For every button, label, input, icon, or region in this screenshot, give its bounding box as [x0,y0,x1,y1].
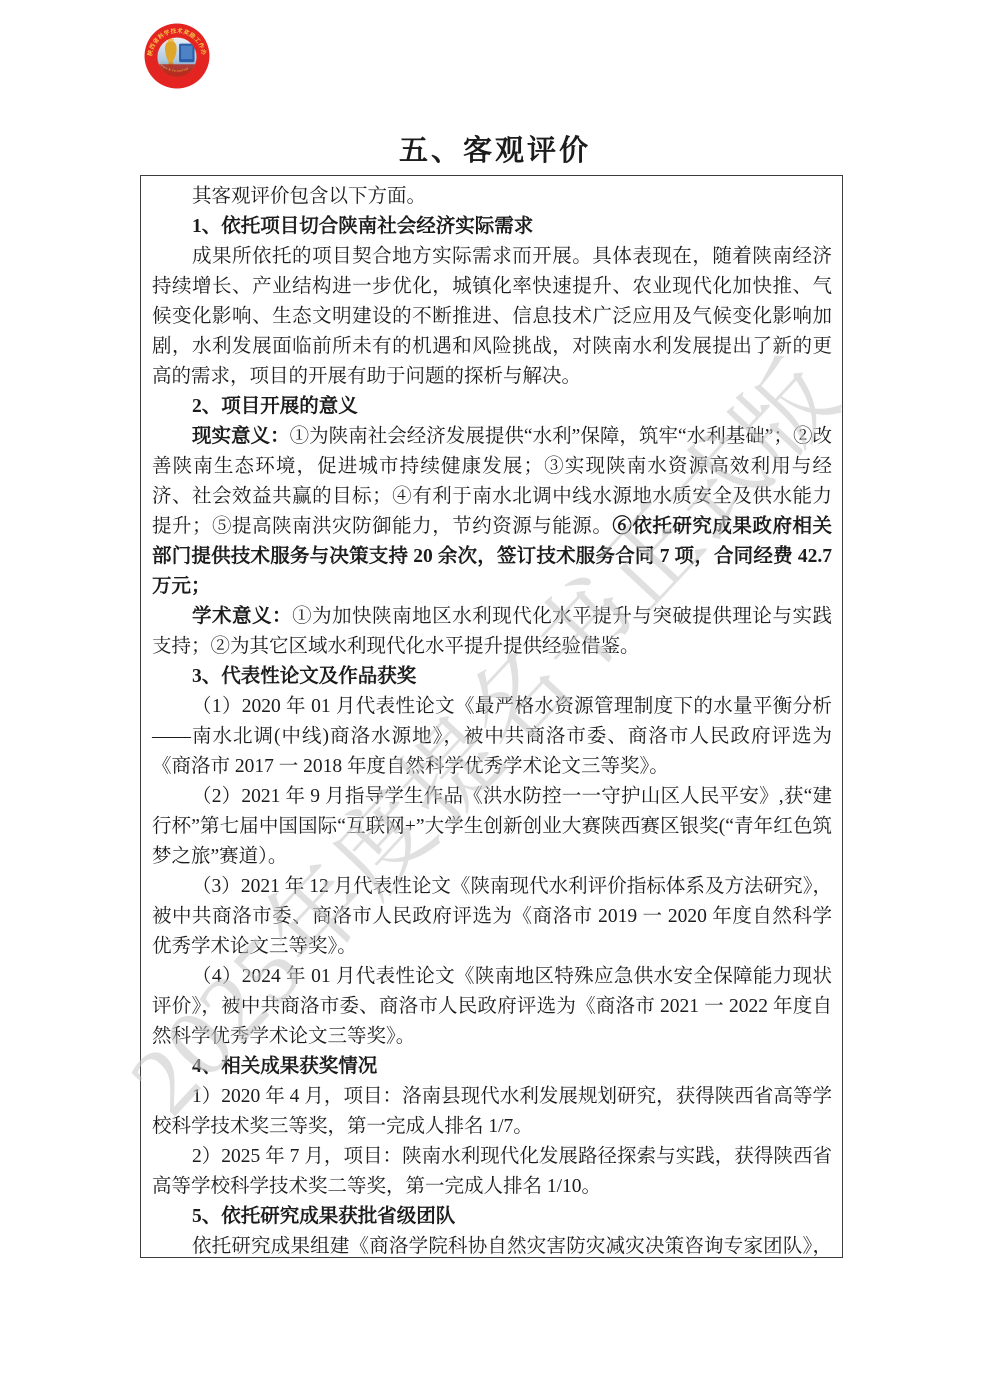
paragraph: 现实意义：①为陕南社会经济发展提供“水利”保障，筑牢“水利基础”；②改善陕南生态… [152,422,832,602]
evaluation-box: 其客观评价包含以下方面。1、依托项目切合陕南社会经济实际需求成果所依托的项目契合… [140,175,843,1258]
page-title: 五、客观评价 [0,128,990,169]
bold-text-run: 4、相关成果获奖情况 [192,1056,377,1077]
text-run: （2）2021 年 9 月指导学生作品《洪水防控一一守护山区人民平安》,获“建行… [152,786,832,867]
text-run: （4）2024 年 01 月代表性论文《陕南地区特殊应急供水安全保障能力现状评价… [152,966,832,1047]
paragraph: 1）2020 年 4 月，项目：洛南县现代水利发展规划研究，获得陕西省高等学校科… [152,1082,832,1142]
paragraph: 其客观评价包含以下方面。 [152,182,832,212]
text-run: 依托研究成果组建《商洛学院科协自然灾害防灾减灾决策咨询专家团队》，被陕西省科学技… [152,1236,832,1258]
bold-text-run: 2、项目开展的意义 [192,396,358,417]
paragraph: （3）2021 年 12 月代表性论文《陕南现代水利评价指标体系及方法研究》，被… [152,872,832,962]
text-run: （1）2020 年 01 月代表性论文《最严格水资源管理制度下的水量平衡分析——… [152,696,832,777]
text-run: 1）2020 年 4 月，项目：洛南县现代水利发展规划研究，获得陕西省高等学校科… [152,1086,832,1137]
section-heading: 4、相关成果获奖情况 [152,1052,832,1082]
section-heading: 3、代表性论文及作品获奖 [152,662,832,692]
text-run: 成果所依托的项目契合地方实际需求而开展。具体表现在，随着陕南经济持续增长、产业结… [152,246,832,387]
seal-graphic: 陕西省科学技术奖励工作办公室 Science & Technology [144,23,210,89]
org-seal-logo: 陕西省科学技术奖励工作办公室 Science & Technology [144,23,210,89]
bold-text-run: 5、依托研究成果获批省级团队 [192,1206,455,1227]
text-run: 其客观评价包含以下方面。 [192,186,426,207]
section-heading: 5、依托研究成果获批省级团队 [152,1202,832,1232]
bold-text-run: 现实意义： [192,426,290,447]
paragraph: （2）2021 年 9 月指导学生作品《洪水防控一一守护山区人民平安》,获“建行… [152,782,832,872]
paragraph: 2）2025 年 7 月，项目：陕南水利现代化发展路径探索与实践，获得陕西省高等… [152,1142,832,1202]
section-heading: 2、项目开展的意义 [152,392,832,422]
text-run: 2）2025 年 7 月，项目：陕南水利现代化发展路径探索与实践，获得陕西省高等… [152,1146,832,1197]
paragraph: 成果所依托的项目契合地方实际需求而开展。具体表现在，随着陕南经济持续增长、产业结… [152,242,832,392]
text-run: （3）2021 年 12 月代表性论文《陕南现代水利评价指标体系及方法研究》，被… [152,876,832,957]
paragraph: （1）2020 年 01 月代表性论文《最严格水资源管理制度下的水量平衡分析——… [152,692,832,782]
section-heading: 1、依托项目切合陕南社会经济实际需求 [152,212,832,242]
bold-text-run: 3、代表性论文及作品获奖 [192,666,416,687]
bold-text-run: 学术意义： [192,606,292,627]
bold-text-run: 1、依托项目切合陕南社会经济实际需求 [192,216,533,237]
paragraph: 依托研究成果组建《商洛学院科协自然灾害防灾减灾决策咨询专家团队》，被陕西省科学技… [152,1232,832,1258]
paragraph: （4）2024 年 01 月代表性论文《陕南地区特殊应急供水安全保障能力现状评价… [152,962,832,1052]
paragraph: 学术意义：①为加快陕南地区水利现代化水平提升与突破提供理论与实践支持；②为其它区… [152,602,832,662]
